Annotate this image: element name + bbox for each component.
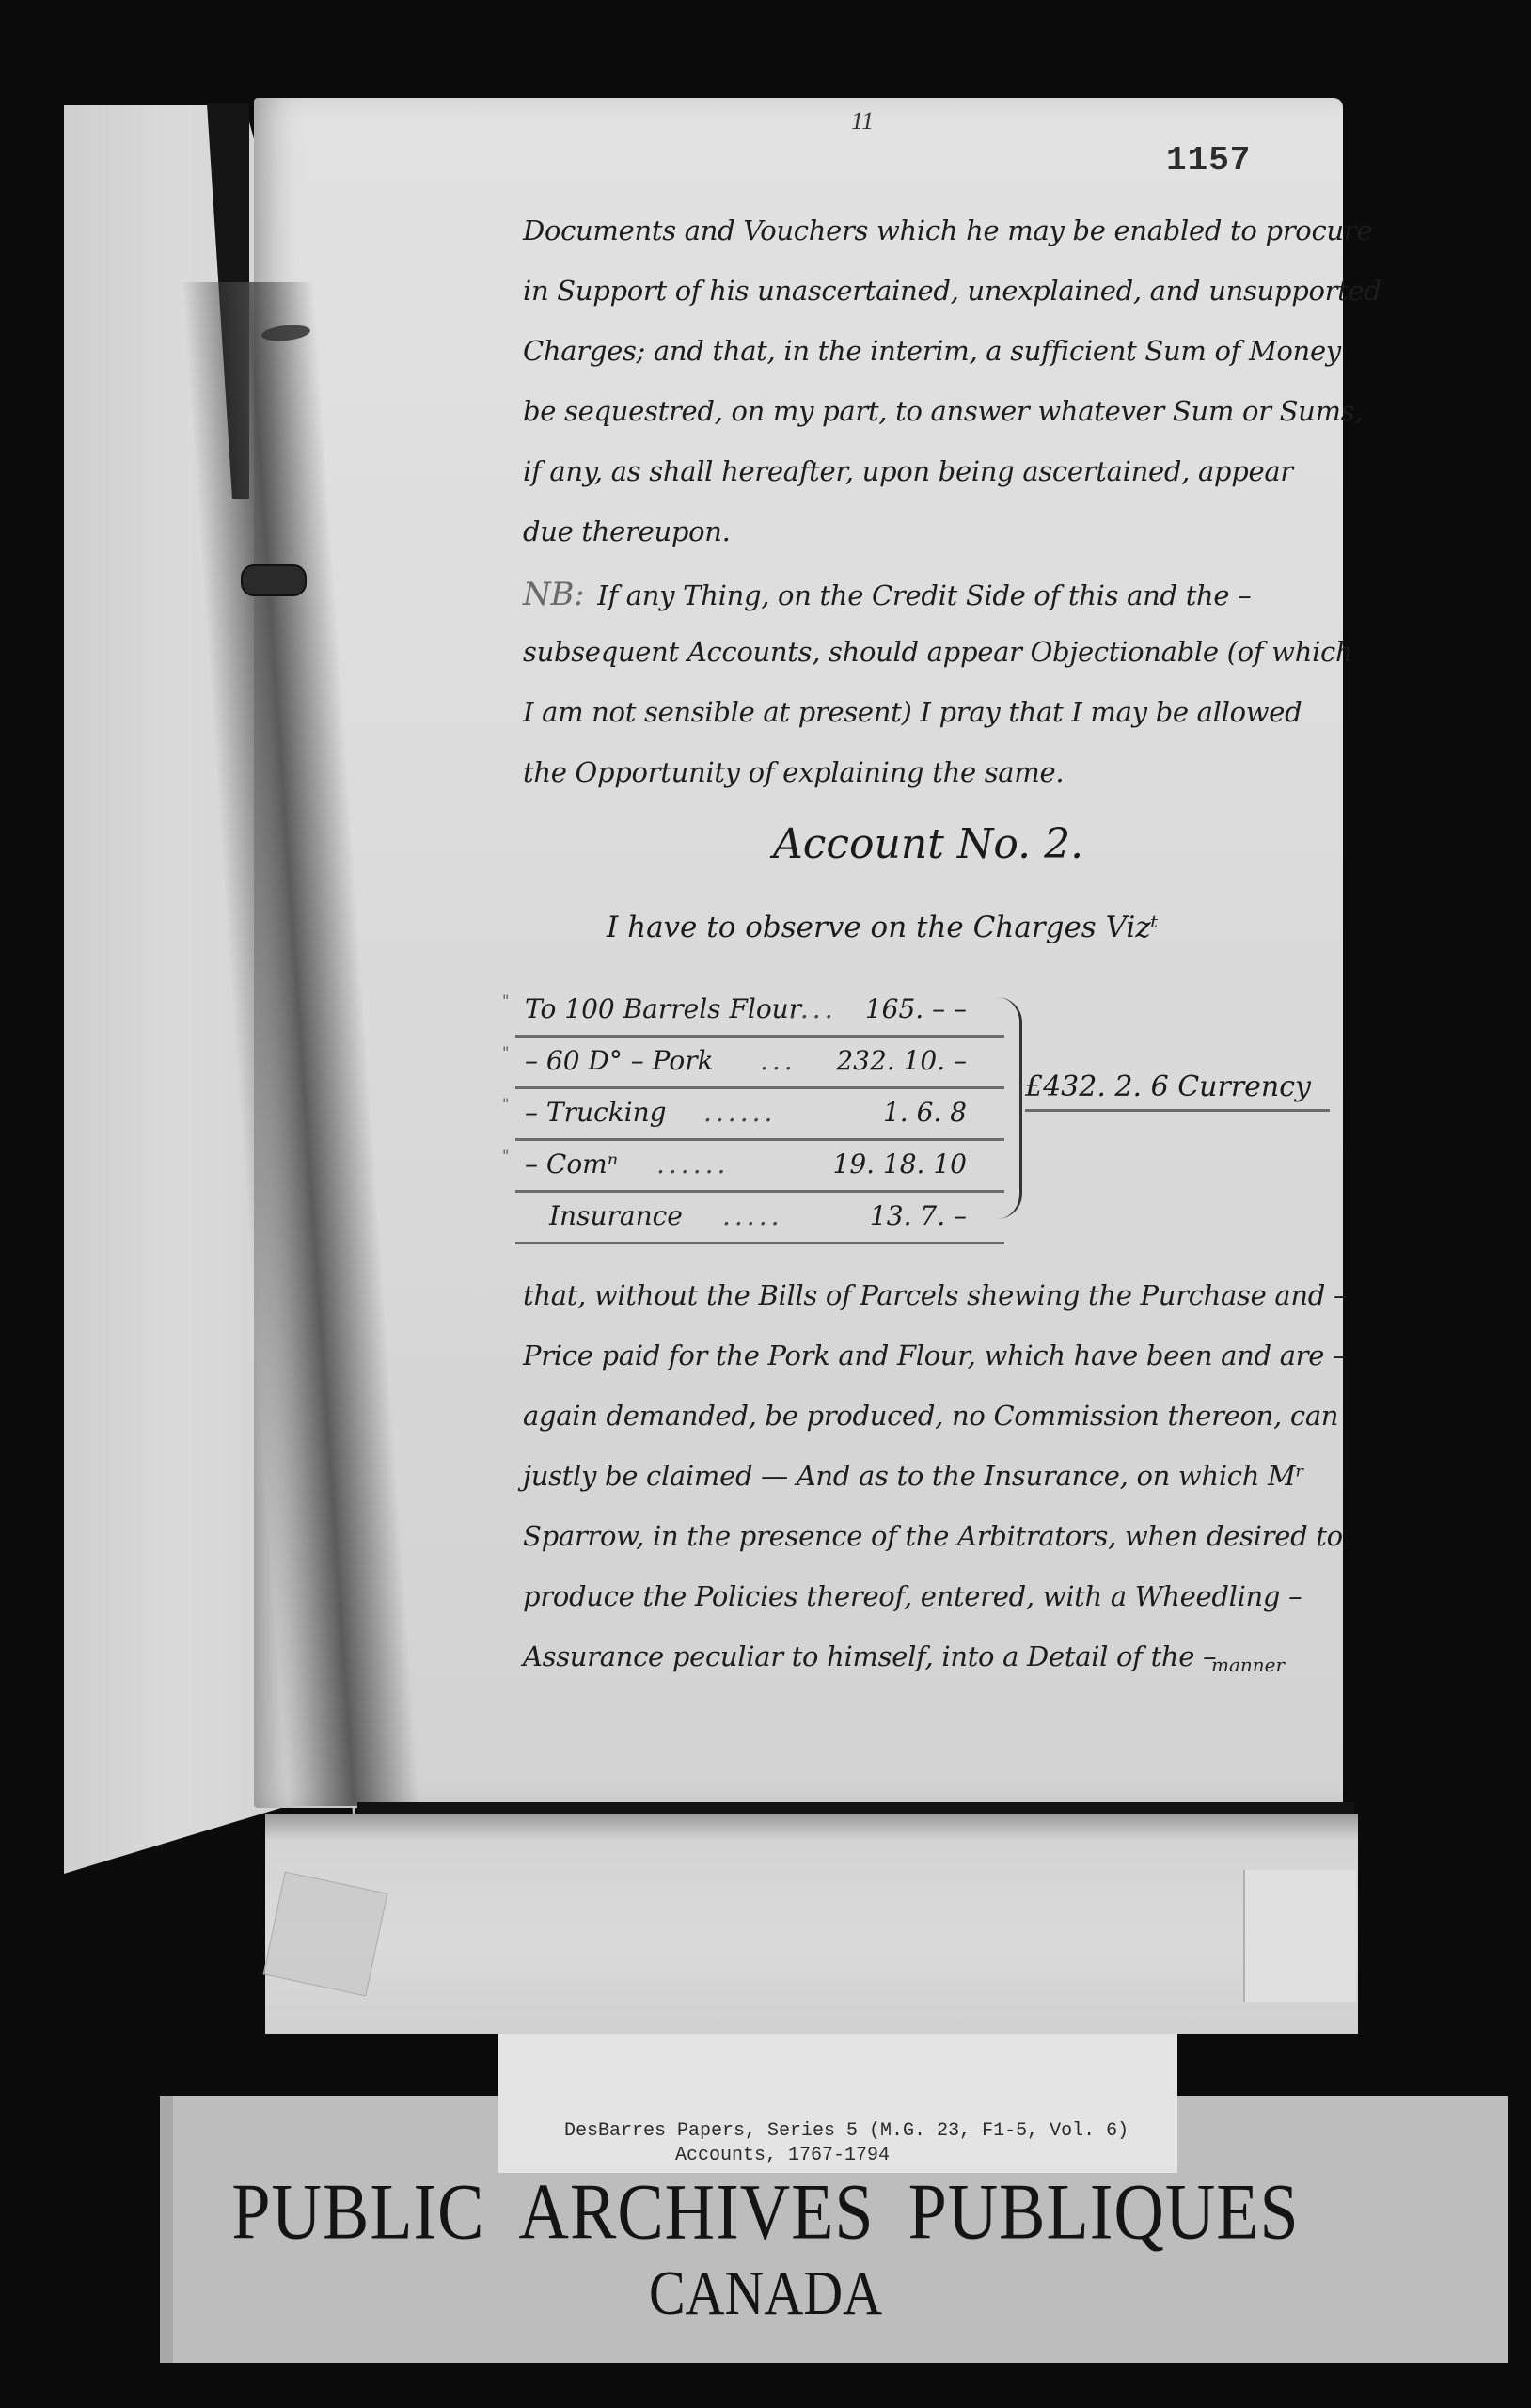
row-mark: "	[502, 1095, 509, 1113]
leader-dots: ......	[703, 1097, 776, 1128]
text-line: Documents and Vouchers which he may be e…	[523, 214, 1372, 246]
nb-text: If any Thing, on the Credit Side of this…	[597, 579, 1251, 611]
charges-intro: I have to observe on the Charges Vizᵗ	[607, 911, 1158, 944]
row-mark: "	[502, 991, 509, 1009]
collection-dates: Accounts, 1767-1794	[675, 2145, 890, 2166]
charge-amount: 13. 7. –	[870, 1200, 967, 1231]
charge-item: – Comⁿ	[525, 1149, 618, 1180]
text-line: produce the Policies thereof, entered, w…	[523, 1580, 1302, 1612]
leader-dots: ...	[760, 1045, 797, 1076]
leader-dots: ......	[656, 1149, 729, 1180]
text-line: justly be claimed — And as to the Insura…	[523, 1460, 1304, 1492]
charge-row: " – Comⁿ ...... 19. 18. 10	[515, 1141, 1004, 1193]
charge-row: Insurance ..... 13. 7. –	[515, 1193, 1004, 1244]
nb-line: NB:If any Thing, on the Credit Side of t…	[523, 576, 1251, 613]
charge-row: " – Trucking ...... 1. 6. 8	[515, 1089, 1004, 1141]
charge-item: – Trucking	[525, 1097, 667, 1128]
text-line: be sequestred, on my part, to answer wha…	[523, 395, 1363, 427]
text-line: if any, as shall hereafter, upon being a…	[523, 455, 1293, 487]
collection-line: DesBarres Papers, Series 5 (M.G. 23, F1-…	[564, 2120, 1129, 2142]
catchword: manner	[1211, 1654, 1285, 1676]
text-line: again demanded, be produced, no Commissi…	[523, 1400, 1338, 1432]
account-heading: Account No. 2.	[773, 820, 1083, 868]
nb-line: subsequent Accounts, should appear Objec…	[523, 636, 1352, 668]
leader-dots: .....	[722, 1200, 783, 1231]
leader-dots: ....	[788, 993, 837, 1024]
archive-country: CANADA	[0, 2257, 1531, 2329]
title-word: PUBLIQUES	[908, 2168, 1300, 2257]
text-line: Price paid for the Pork and Flour, which…	[523, 1339, 1346, 1371]
text-line: that, without the Bills of Parcels shewi…	[523, 1279, 1347, 1311]
charge-item: Insurance	[549, 1200, 683, 1231]
binding-thread-knot	[241, 564, 307, 596]
archive-title: PUBLICARCHIVESPUBLIQUES	[0, 2167, 1531, 2259]
charge-amount: 1. 6. 8	[883, 1097, 967, 1128]
text-line: Sparrow, in the presence of the Arbitrat…	[523, 1520, 1343, 1552]
tape-right	[1243, 1870, 1356, 2002]
page-number-stamp: 1157	[1166, 141, 1251, 180]
charge-amount: 165. – –	[865, 993, 967, 1024]
nb-line: the Opportunity of explaining the same.	[523, 756, 1064, 788]
row-mark: "	[502, 1147, 509, 1164]
text-line: in Support of his unascertained, unexpla…	[523, 275, 1381, 307]
charge-row: " To 100 Barrels Flour .... 165. – –	[515, 986, 1004, 1038]
charge-item: To 100 Barrels Flour	[525, 993, 801, 1024]
text-line: Assurance peculiar to himself, into a De…	[523, 1640, 1216, 1672]
nb-marker: NB:	[523, 576, 584, 613]
lower-sheet	[265, 1814, 1358, 2034]
text-line: due thereupon.	[523, 515, 731, 547]
charge-amount: 19. 18. 10	[833, 1149, 968, 1180]
nb-line: I am not sensible at present) I pray tha…	[523, 696, 1302, 728]
row-mark: "	[502, 1043, 509, 1061]
charge-item: – 60 D° – Pork	[525, 1045, 714, 1076]
title-word: ARCHIVES	[519, 2168, 875, 2257]
tape-left	[263, 1872, 388, 1997]
charge-row: " – 60 D° – Pork ... 232. 10. –	[515, 1038, 1004, 1089]
collection-label-card: DesBarres Papers, Series 5 (M.G. 23, F1-…	[498, 2034, 1177, 2173]
title-word: PUBLIC	[231, 2168, 484, 2257]
folio-mark: 11	[851, 107, 874, 135]
charges-total: £432. 2. 6 Currency	[1025, 1070, 1330, 1112]
curly-brace	[997, 997, 1022, 1219]
text-line: Charges; and that, in the interim, a suf…	[523, 335, 1341, 367]
charge-amount: 232. 10. –	[836, 1045, 967, 1076]
charges-table: " To 100 Barrels Flour .... 165. – – " –…	[515, 986, 1004, 1244]
